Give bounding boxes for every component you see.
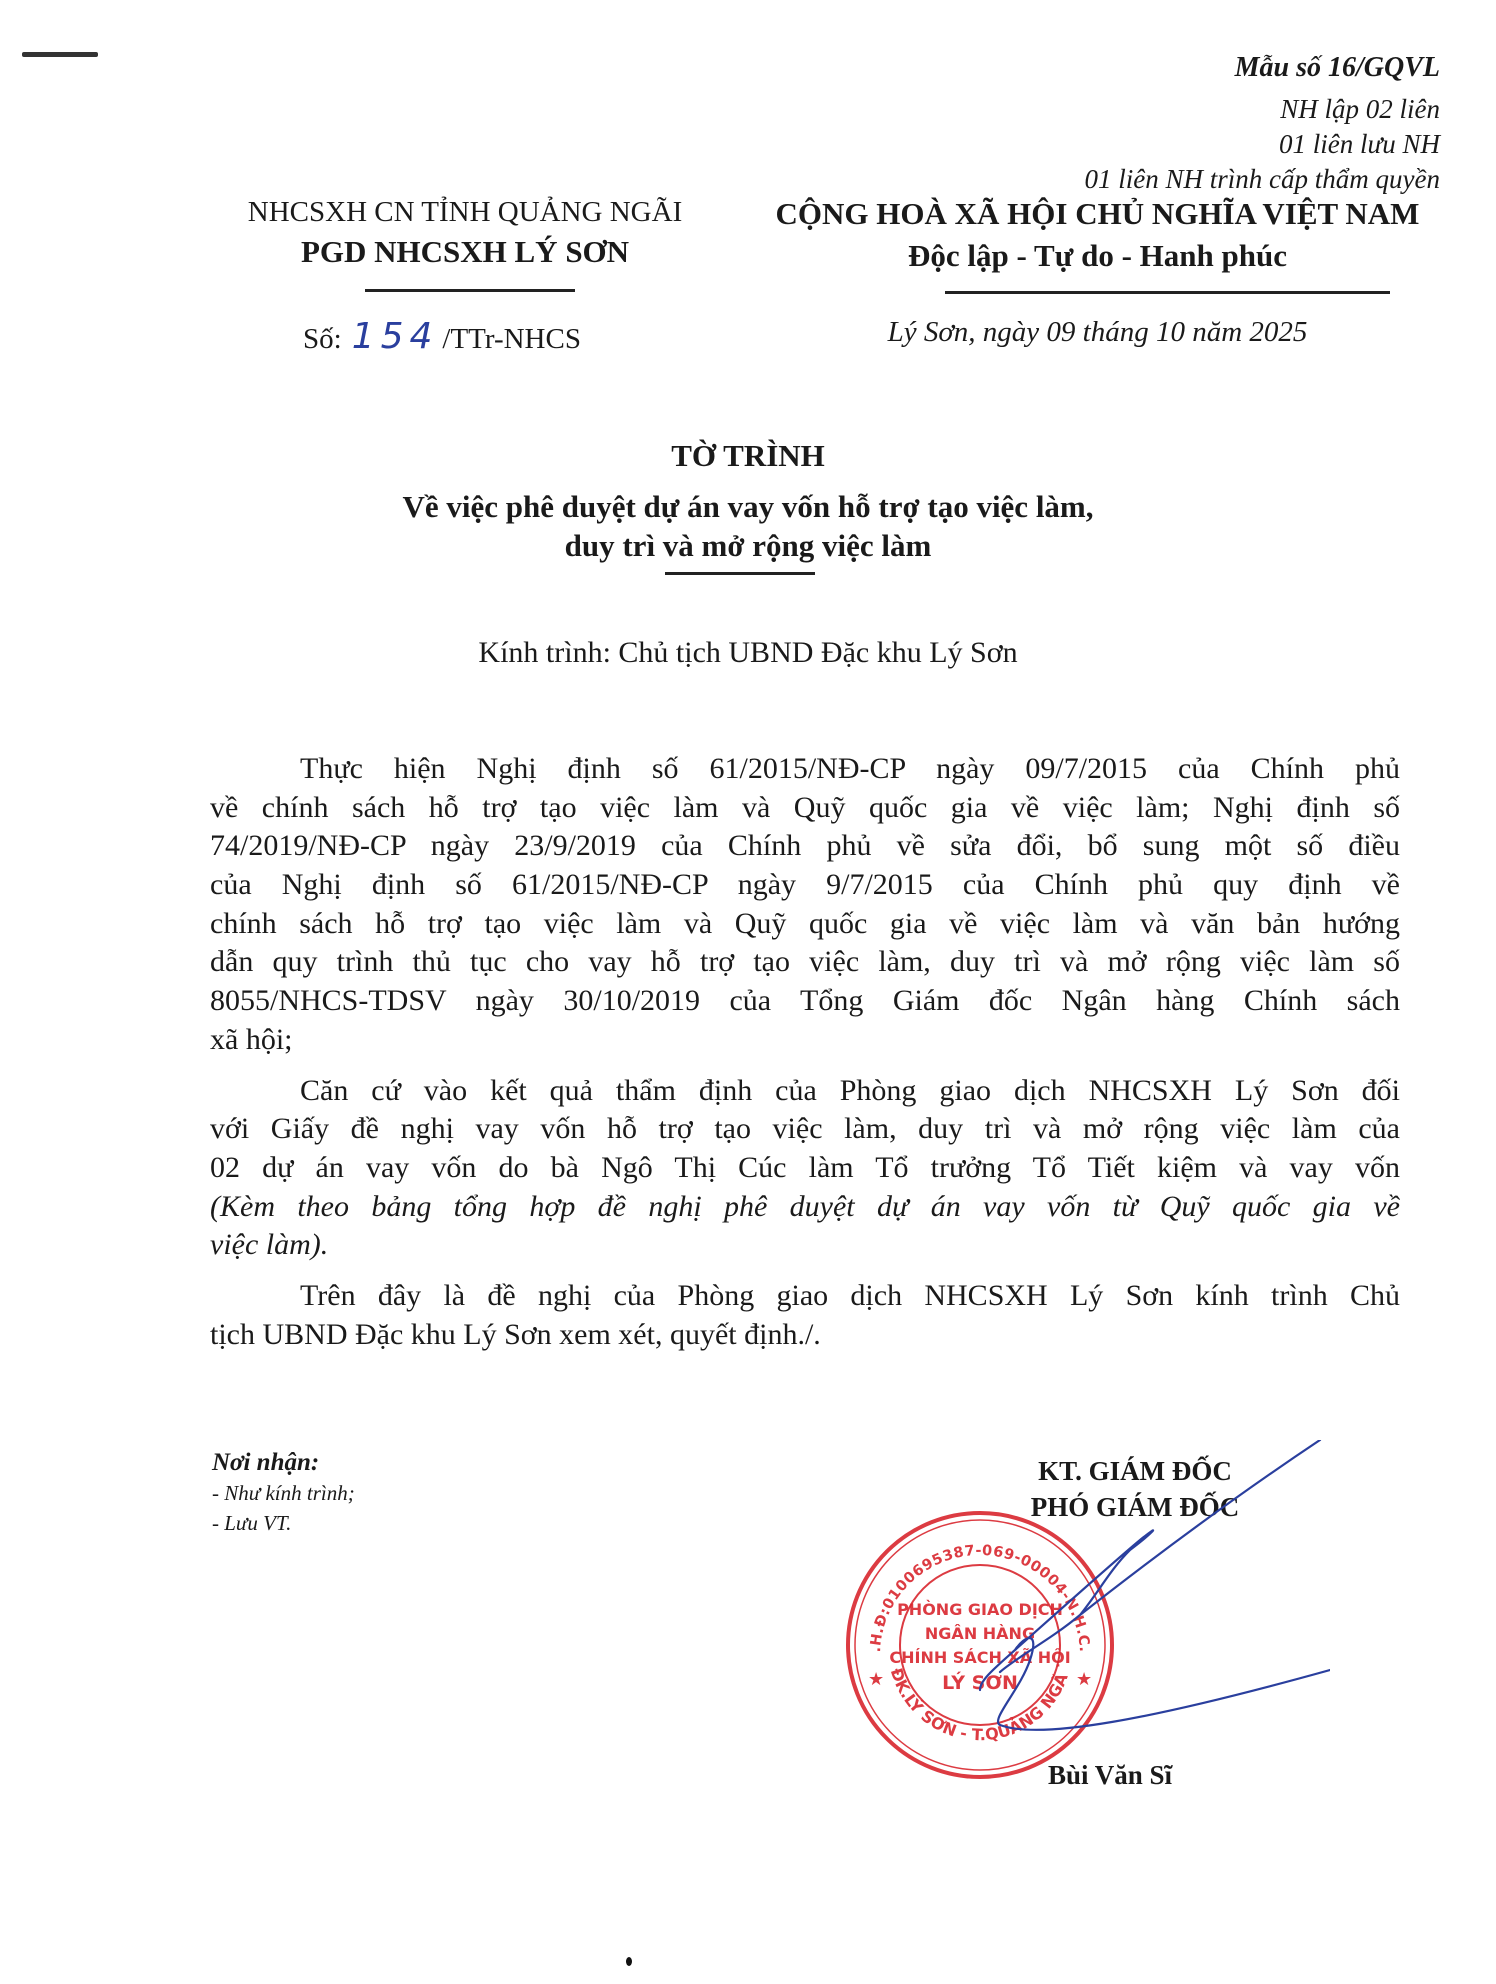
body-line: về chính sách hỗ trợ tạo việc làm và Quỹ… <box>210 789 1400 828</box>
svg-text:★: ★ <box>868 1669 884 1690</box>
doc-number-suffix: /TTr-NHCS <box>442 323 581 355</box>
motto-underline <box>945 291 1390 294</box>
document-body: Thực hiện Nghị định số 61/2015/NĐ-CP ngà… <box>210 750 1400 1354</box>
recipient-item: - Như kính trình; <box>212 1478 355 1508</box>
body-line: chính sách hỗ trợ tạo việc làm và Quỹ qu… <box>210 905 1400 944</box>
title-underline <box>665 572 815 575</box>
svg-text:★: ★ <box>1076 1669 1092 1690</box>
stamp-inner-line: NGÂN HÀNG <box>925 1624 1035 1643</box>
signer-name: Bùi Văn Sĩ <box>960 1760 1260 1791</box>
subject-line: Về việc phê duyệt dự án vay vốn hỗ trợ t… <box>0 489 1496 525</box>
body-line: 02 dự án vay vốn do bà Ngô Thị Cúc làm T… <box>210 1149 1400 1188</box>
form-number: Mẫu số 16/GQVL <box>1235 50 1440 85</box>
document-number: Số:154/TTr-NHCS <box>303 316 581 357</box>
body-line-italic: (Kèm theo bảng tổng hợp đề nghị phê duyệ… <box>210 1188 1400 1227</box>
doc-number-label: Số: <box>303 323 342 355</box>
recipients-block: Nơi nhận: - Như kính trình; - Lưu VT. <box>212 1448 355 1538</box>
issuer-parent-org: NHCSXH CN TỈNH QUẢNG NGÃI <box>205 196 725 229</box>
body-line: Trên đây là đề nghị của Phòng giao dịch … <box>210 1277 1400 1316</box>
stamp-inner-line: PHÒNG GIAO DỊCH <box>897 1600 1063 1619</box>
subject-line: duy trì và mở rộng việc làm <box>0 528 1496 564</box>
recipients-heading: Nơi nhận: <box>212 1448 355 1478</box>
form-note-line: NH lập 02 liên <box>1280 92 1440 127</box>
body-line: Căn cứ vào kết quả thẩm định của Phòng g… <box>210 1072 1400 1111</box>
form-note-line: 01 liên lưu NH <box>1279 127 1440 162</box>
body-line: Thực hiện Nghị định số 61/2015/NĐ-CP ngà… <box>210 750 1400 789</box>
national-name: CỘNG HOÀ XÃ HỘI CHỦ NGHĨA VIỆT NAM <box>745 196 1450 232</box>
doc-number-handwritten: 154 <box>352 316 439 357</box>
body-line: 74/2019/NĐ-CP ngày 23/9/2019 của Chính p… <box>210 827 1400 866</box>
national-motto: Độc lập - Tự do - Hanh phúc <box>745 238 1450 274</box>
addressee: Kính trình: Chủ tịch UBND Đặc khu Lý Sơn <box>0 636 1496 670</box>
document-type-title: TỜ TRÌNH <box>0 438 1496 474</box>
body-line: với Giấy đề nghị vay vốn hỗ trợ tạo việc… <box>210 1110 1400 1149</box>
signer-title: PHÓ GIÁM ĐỐC <box>935 1492 1335 1523</box>
stamp-inner-line: CHÍNH SÁCH XÃ HỘI <box>889 1647 1070 1667</box>
body-line: tịch UBND Đặc khu Lý Sơn xem xét, quyết … <box>210 1316 1400 1355</box>
stamp-inner-line: LÝ SƠN <box>942 1670 1018 1694</box>
place-and-date: Lý Sơn, ngày 09 tháng 10 năm 2025 <box>745 316 1450 349</box>
official-stamp-icon: S.Đ.K.H.Đ:0100695387-069-00004-N.H.C.S.X… <box>840 1505 1120 1785</box>
body-line: dẫn quy trình thủ tục cho vay hỗ trợ tạo… <box>210 943 1400 982</box>
body-line: của Nghị định số 61/2015/NĐ-CP ngày 9/7/… <box>210 866 1400 905</box>
issuer-org-name: PGD NHCSXH LÝ SƠN <box>205 234 725 270</box>
body-line: 8055/NHCS-TDSV ngày 30/10/2019 của Tổng … <box>210 982 1400 1021</box>
recipient-item: - Lưu VT. <box>212 1508 355 1538</box>
paragraph-closing: Trên đây là đề nghị của Phòng giao dịch … <box>210 1277 1400 1354</box>
body-line-italic: việc làm). <box>210 1226 1400 1265</box>
paragraph-legal-basis: Thực hiện Nghị định số 61/2015/NĐ-CP ngà… <box>210 750 1400 1060</box>
form-note-line: 01 liên NH trình cấp thẩm quyền <box>1085 162 1440 197</box>
scan-mark <box>22 52 98 57</box>
issuer-underline <box>365 289 575 292</box>
signature-authority: KT. GIÁM ĐỐC <box>935 1456 1335 1487</box>
body-line: xã hội; <box>210 1021 1400 1060</box>
paragraph-appraisal: Căn cứ vào kết quả thẩm định của Phòng g… <box>210 1072 1400 1265</box>
scan-speck <box>626 1957 632 1966</box>
